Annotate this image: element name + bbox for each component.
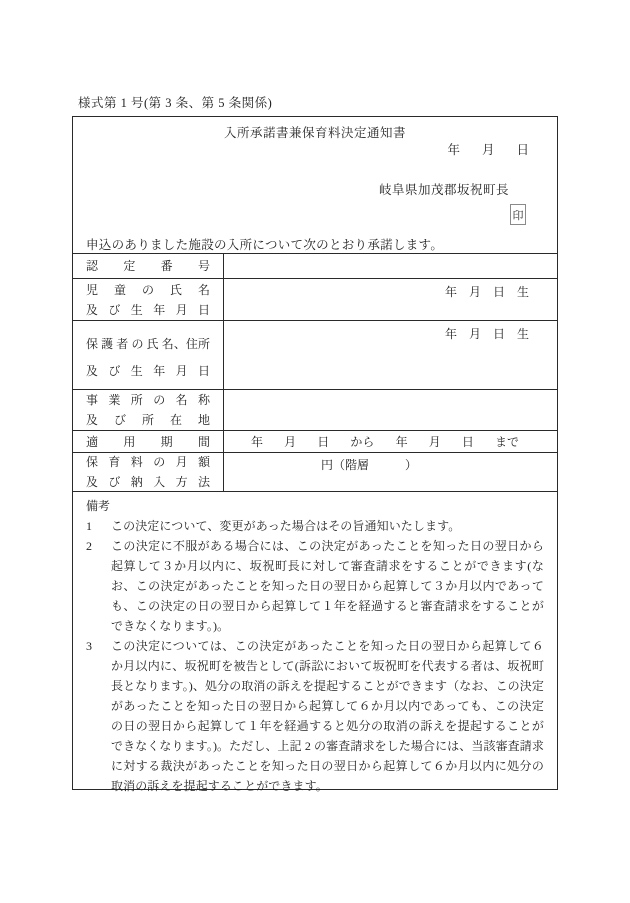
guardian-birthdate-suffix: 年 月 日 生: [445, 325, 529, 343]
facility-label-line1: 事 業 所 の 名 称: [86, 390, 210, 410]
period-to-month-label: 月: [429, 433, 441, 450]
issue-date-year-label: 年: [447, 140, 460, 158]
facility-label-line2: 及 び 所 在 地: [86, 410, 210, 430]
remark-number-2: 2: [86, 536, 111, 636]
document-sheet: 入所承諾書兼保育料決定通知書 年 月 日 岐阜県加茂郡坂祝町長 印 申込のありま…: [72, 116, 558, 790]
child-label-cell: 児 童 の 氏 名 及 び 生 年 月 日: [73, 279, 224, 320]
child-birthdate-suffix: 年 月 日 生: [445, 283, 529, 301]
guardian-label-line2: 及 び 生 年 月 日: [86, 361, 210, 381]
fee-label-line2: 及 び 納 入 方 法: [86, 472, 210, 492]
row-certification-number: 認 定 番 号: [73, 253, 557, 278]
period-from-month-label: 月: [284, 433, 296, 450]
row-application-period: 適 用 期 間 年 月 日 から 年 月 日 まで: [73, 430, 557, 452]
fee-label-cell: 保 育 料 の 月 額 及 び 納 入 方 法: [73, 453, 224, 491]
decision-table: 認 定 番 号 児 童 の 氏 名 及 び 生 年 月 日 年 月 日 生 保 …: [73, 253, 557, 491]
period-label-cell: 適 用 期 間: [73, 431, 224, 452]
period-to-year-label: 年: [396, 433, 408, 450]
row-facility-name-location: 事 業 所 の 名 称 及 び 所 在 地: [73, 389, 557, 430]
period-to-day-label: 日: [462, 433, 474, 450]
period-label: 適 用 期 間: [86, 432, 210, 452]
remark-number-1: 1: [86, 516, 111, 536]
certification-number-label-cell: 認 定 番 号: [73, 254, 224, 278]
period-from-suffix: から: [350, 433, 374, 450]
remarks-heading: 備考: [86, 496, 544, 516]
issue-date-month-label: 月: [482, 140, 495, 158]
period-to-suffix: まで: [495, 433, 519, 450]
addressee-line: 岐阜県加茂郡坂祝町長: [379, 180, 509, 198]
issue-date-day-label: 日: [516, 140, 529, 158]
fee-amount-placeholder: 円（階層 ）: [321, 456, 417, 474]
document-page: 様式第 1 号(第 3 条、第 5 条関係) 入所承諾書兼保育料決定通知書 年 …: [0, 0, 630, 903]
fee-label-line1: 保 育 料 の 月 額: [86, 452, 210, 472]
document-title: 入所承諾書兼保育料決定通知書: [73, 123, 557, 141]
remarks-section: 備考 1 この決定について、変更があった場合はその旨通知いたします。 2 この決…: [73, 491, 557, 789]
child-value-cell: 年 月 日 生: [224, 279, 557, 320]
certification-number-label: 認 定 番 号: [86, 256, 210, 276]
remark-item-2: 2 この決定に不服がある場合には、この決定があったことを知った日の翌日から起算し…: [86, 536, 544, 636]
row-guardian-name-address-birthdate: 保 護 者 の 氏 名、住所 及 び 生 年 月 日 年 月 日 生: [73, 320, 557, 389]
remark-text-3: この決定については、この決定があったことを知った日の翌日から起算して６か月以内に…: [111, 636, 544, 796]
remark-text-2: この決定に不服がある場合には、この決定があったことを知った日の翌日から起算して３…: [111, 536, 544, 636]
period-date-range: 年 月 日 から 年 月 日 まで: [224, 431, 557, 452]
remark-number-3: 3: [86, 636, 111, 796]
seal-label: 印: [513, 207, 524, 223]
facility-value-cell: [224, 390, 557, 430]
certification-number-value-cell: [224, 254, 557, 278]
sheet-header: 入所承諾書兼保育料決定通知書 年 月 日 岐阜県加茂郡坂祝町長 印 申込のありま…: [73, 117, 557, 253]
remark-text-1: この決定について、変更があった場合はその旨通知いたします。: [111, 516, 544, 536]
fee-value-cell: 円（階層 ）: [224, 453, 557, 491]
child-label-line1: 児 童 の 氏 名: [86, 280, 210, 300]
period-from-day-label: 日: [317, 433, 329, 450]
guardian-label-line1: 保 護 者 の 氏 名、住所: [86, 334, 210, 354]
remark-item-3: 3 この決定については、この決定があったことを知った日の翌日から起算して６か月以…: [86, 636, 544, 796]
period-from-year-label: 年: [251, 433, 263, 450]
facility-label-cell: 事 業 所 の 名 称 及 び 所 在 地: [73, 390, 224, 430]
guardian-label-cell: 保 護 者 の 氏 名、住所 及 び 生 年 月 日: [73, 321, 224, 389]
row-childcare-fee-payment: 保 育 料 の 月 額 及 び 納 入 方 法 円（階層 ）: [73, 452, 557, 491]
period-value-cell: 年 月 日 から 年 月 日 まで: [224, 431, 557, 452]
seal-box: 印: [510, 204, 526, 225]
child-label-line2: 及 び 生 年 月 日: [86, 300, 210, 320]
form-number-label: 様式第 1 号(第 3 条、第 5 条関係): [78, 93, 272, 111]
guardian-value-cell: 年 月 日 生: [224, 321, 557, 389]
remark-item-1: 1 この決定について、変更があった場合はその旨通知いたします。: [86, 516, 544, 536]
issue-date-line: 年 月 日: [447, 140, 529, 158]
row-child-name-birthdate: 児 童 の 氏 名 及 び 生 年 月 日 年 月 日 生: [73, 278, 557, 320]
notice-sentence: 申込のありました施設の入所について次のとおり承諾します。: [86, 235, 443, 253]
